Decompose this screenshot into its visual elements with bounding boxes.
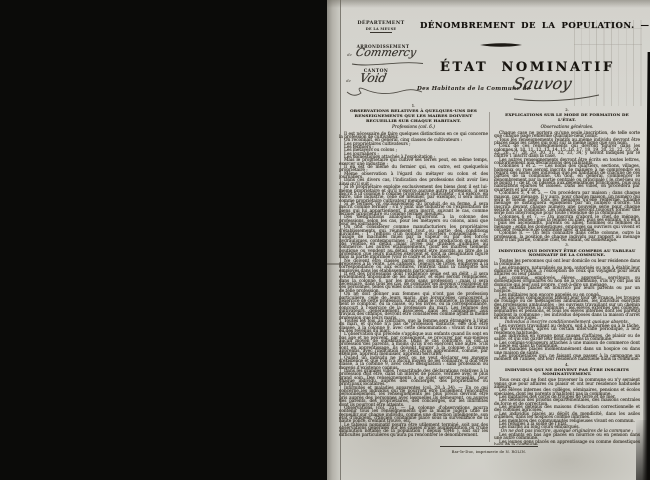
left-instruction-column: 1.OBSERVATIONS RELATIVES À QUELQUES-UNS … bbox=[339, 103, 488, 453]
paragraph: Les propriétaires qui, ne faisant que pa… bbox=[494, 355, 640, 362]
commune-handwritten: Sauvoy bbox=[511, 74, 574, 93]
flourish-arrondissement bbox=[350, 59, 426, 68]
flourish-canton bbox=[344, 86, 424, 98]
flourish-commune bbox=[512, 93, 602, 102]
paragraph: On doit considérer comme manufacturiers … bbox=[339, 226, 488, 259]
department-block: DÉPARTEMENT DE LA MEUSE bbox=[352, 20, 410, 33]
department-rule bbox=[370, 32, 392, 33]
section-heading: EXPLICATIONS SUR LE MODE DE FORMATION DE… bbox=[497, 113, 637, 122]
section-heading: INDIVIDUS QUI NE DOIVENT PAS ÊTRE INSCRI… bbox=[497, 368, 637, 377]
paragraph: Les jeunes gens placés en apprentissage … bbox=[494, 441, 640, 445]
section-number: 4. bbox=[494, 362, 640, 367]
paragraph: Colonne 8. — On fera connaître dans cett… bbox=[494, 232, 640, 242]
department-label: DÉPARTEMENT bbox=[352, 20, 410, 26]
scanned-census-page: DÉPARTEMENT DE LA MEUSE ARRONDISSEMENT d… bbox=[0, 0, 650, 480]
paragraph: Colonnes 1 et 2. — Les noms des quartier… bbox=[494, 165, 640, 192]
page-title: DÉNOMBREMENT DE LA POPULATION. — 1851. bbox=[420, 21, 600, 31]
paragraph: Les anciens compagnons faisant leur tour… bbox=[494, 297, 640, 320]
paragraph: Infirmités et maladies apparentes (col. … bbox=[339, 387, 488, 407]
section-heading: OBSERVATIONS RELATIVES À QUELQUES-UNS DE… bbox=[342, 109, 485, 123]
etat-nominatif-title: ÉTAT NOMINATIF bbox=[440, 60, 585, 75]
paragraph: Il est des professions dont l'existence … bbox=[339, 273, 488, 293]
paragraph: Dans les grandes villes, l'exactitude de… bbox=[339, 370, 488, 387]
canton-handwritten: Void bbox=[359, 71, 388, 85]
paragraph: Ceux de ces renseignements qui devront f… bbox=[494, 145, 640, 158]
department-value: DE LA MEUSE bbox=[352, 27, 410, 31]
canton-de: de bbox=[346, 78, 351, 83]
paragraph: On ne doit donner aux femmes qui n'ont p… bbox=[339, 293, 488, 320]
section-number: 3. bbox=[494, 242, 640, 247]
column-divider bbox=[489, 112, 490, 442]
arrondissement-de: de bbox=[347, 52, 352, 57]
arrondissement-handwritten: Commercy bbox=[355, 46, 418, 59]
paragraph: L'observation qui précède s'applique aux… bbox=[339, 333, 488, 356]
section-subheading: Observations générales. bbox=[494, 125, 640, 130]
paragraph: Observations (col. 35). — La colonne d'o… bbox=[339, 407, 488, 424]
footer-rule bbox=[440, 446, 538, 447]
paragraph: Colonnes 6 et 7. — On inscrira d'abord l… bbox=[494, 216, 640, 233]
printer-imprint: Bar-le-Duc, imprimerie de N. ROLIN. bbox=[414, 450, 564, 454]
section-heading: INDIVIDUS QUI DOIVENT ÊTRE COMPRIS AU TA… bbox=[497, 249, 637, 258]
right-instruction-column: 2.EXPLICATIONS SUR LE MODE DE FORMATION … bbox=[494, 107, 640, 445]
paragraph: Le tableau nominatif pourra être utileme… bbox=[339, 424, 488, 437]
paragraph: Colonnes 3, 4 et 5. — On procédera par m… bbox=[494, 192, 640, 215]
paragraph: Si le propriétaire exploite exclusivemen… bbox=[339, 186, 488, 203]
section-subheading: Professions (col. 6.) bbox=[339, 125, 488, 130]
scan-top-shadow bbox=[327, 0, 650, 8]
title-divider bbox=[480, 42, 522, 48]
